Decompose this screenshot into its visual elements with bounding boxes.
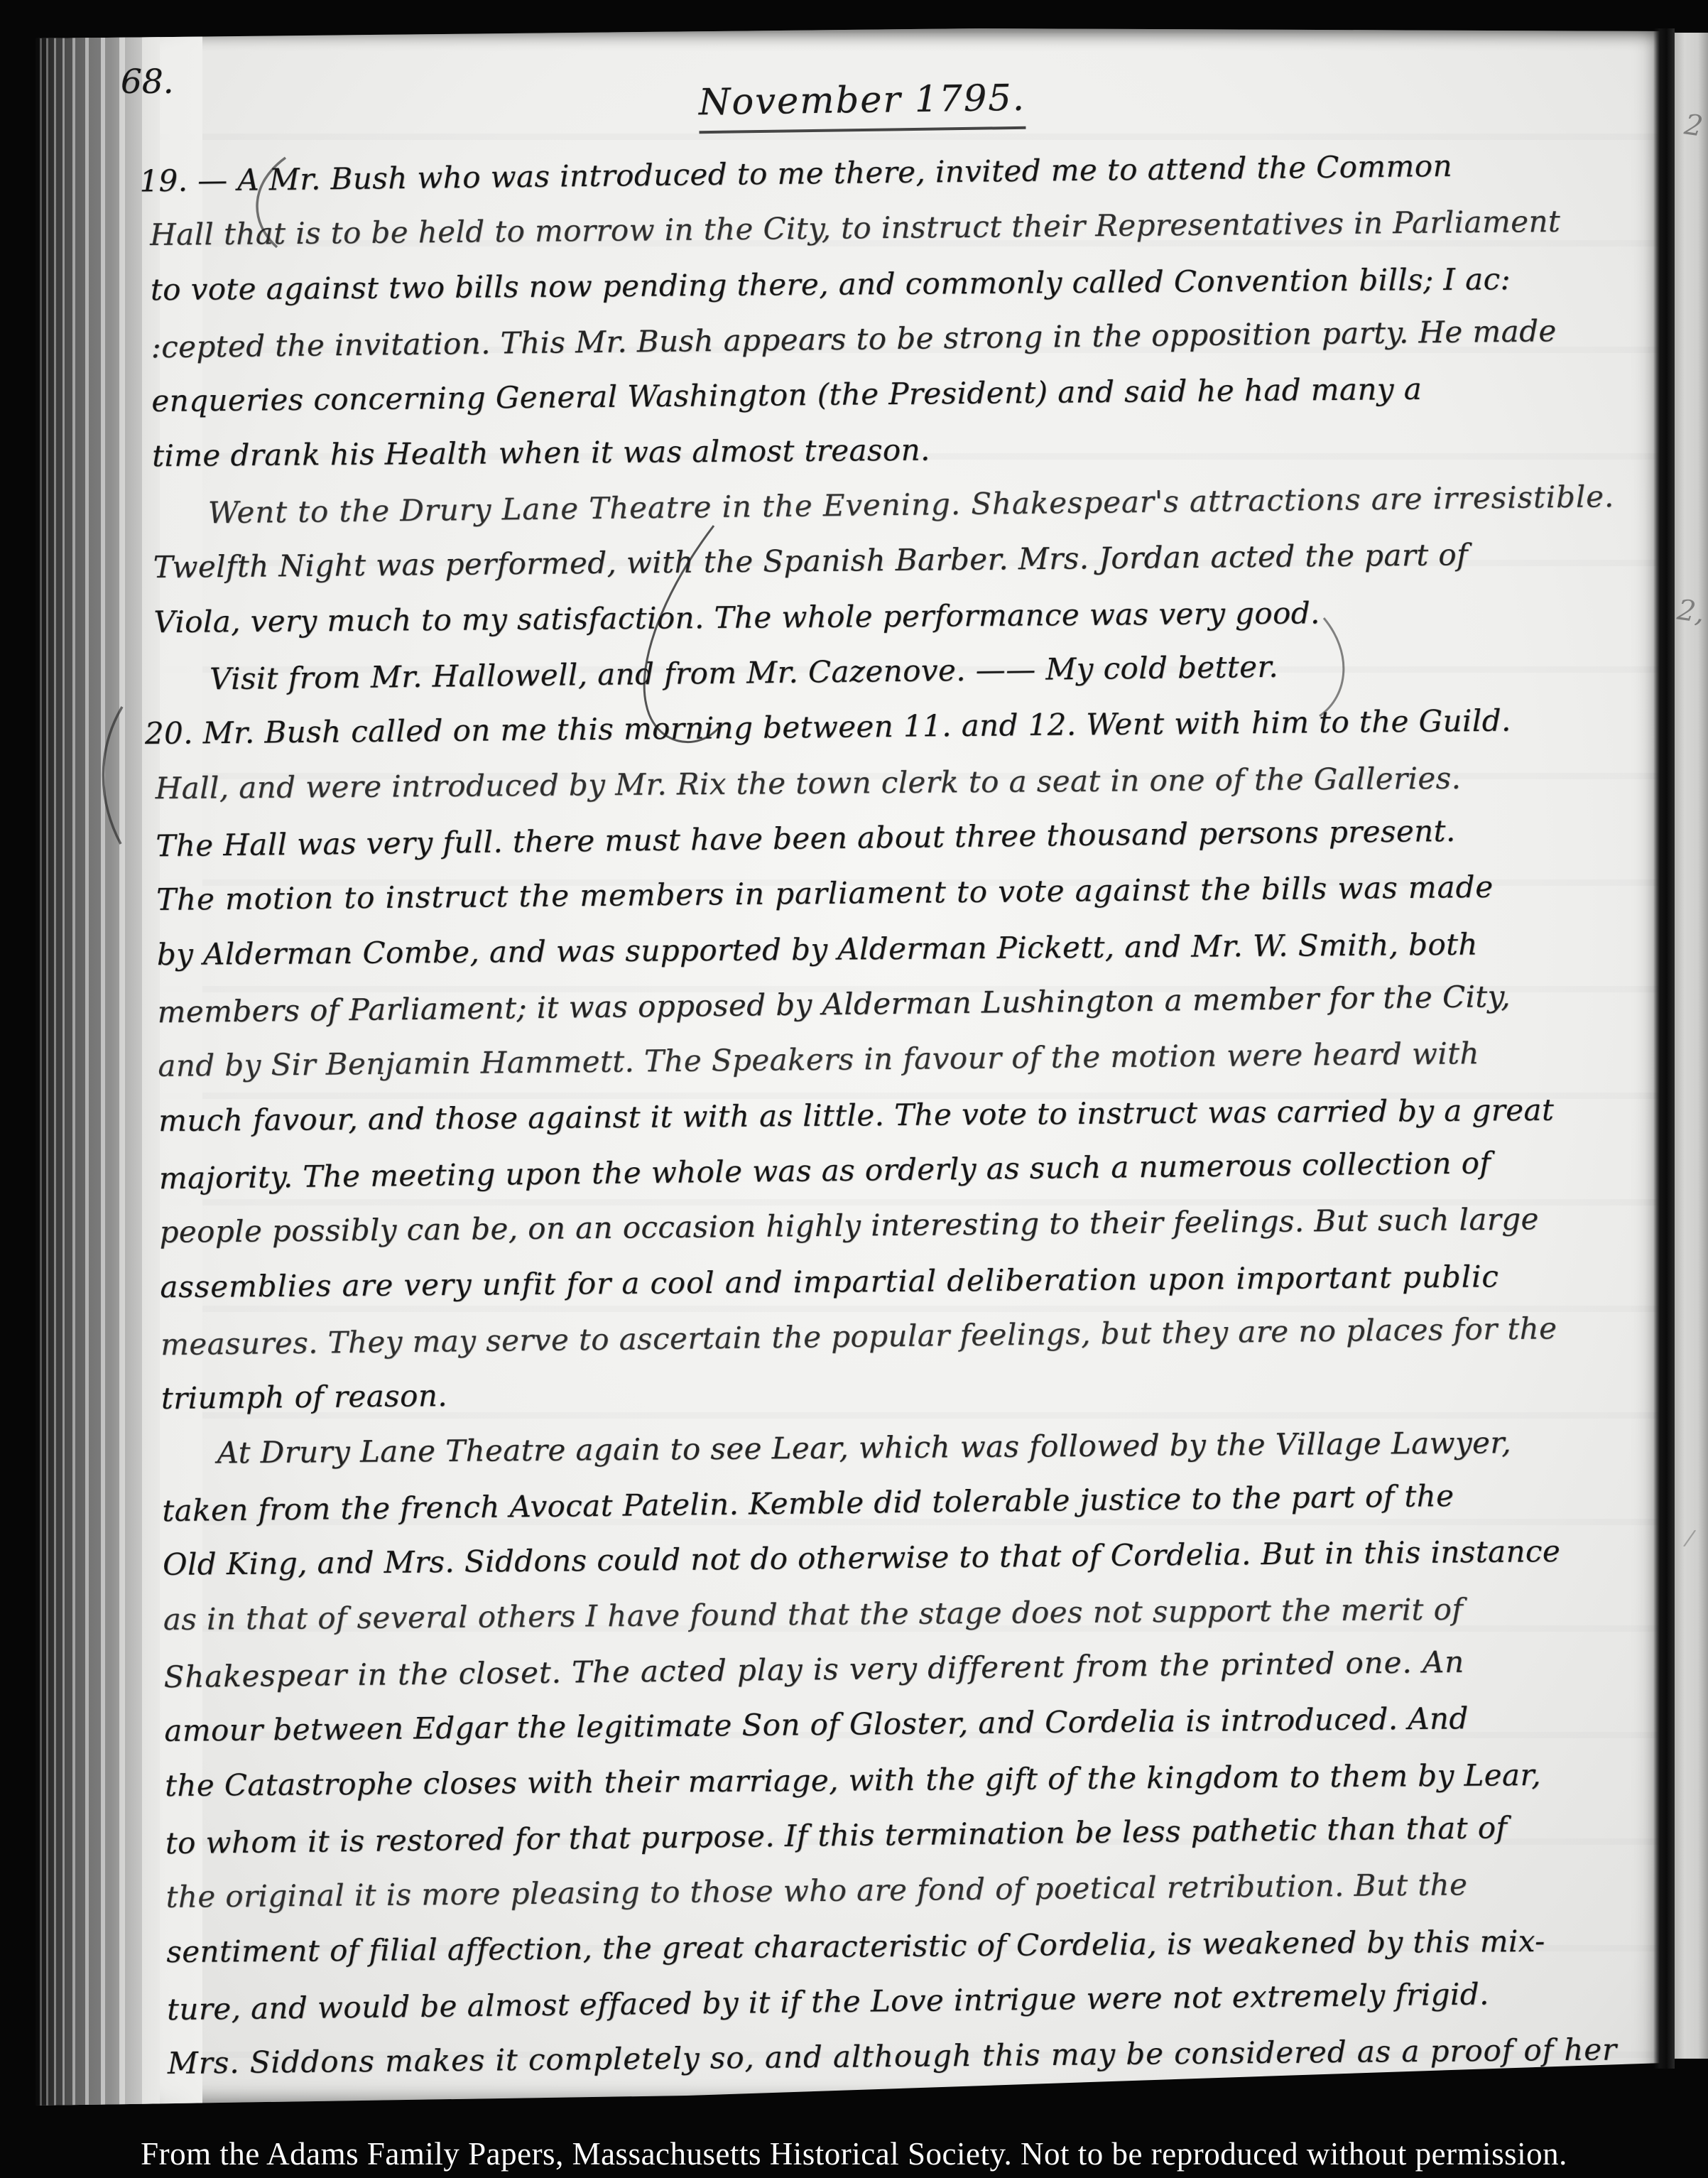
facing-page-sliver: 2 2, /	[1675, 33, 1708, 2059]
page-number: 68.	[121, 63, 174, 102]
facing-page-mark: /	[1685, 1525, 1695, 1551]
scanned-manuscript-page: 68. November 1795. 19. — A Mr. Bush who …	[0, 0, 1708, 2178]
date-header: November 1795.	[699, 77, 1026, 134]
archive-caption: From the Adams Family Papers, Massachuse…	[0, 2133, 1708, 2175]
facing-page-mark: 2,	[1675, 594, 1707, 630]
facing-page-mark: 2	[1682, 108, 1705, 143]
page-edge-shadow	[1653, 28, 1675, 2069]
manuscript-body: 19. — A Mr. Bush who was introduced to m…	[149, 138, 1666, 2091]
